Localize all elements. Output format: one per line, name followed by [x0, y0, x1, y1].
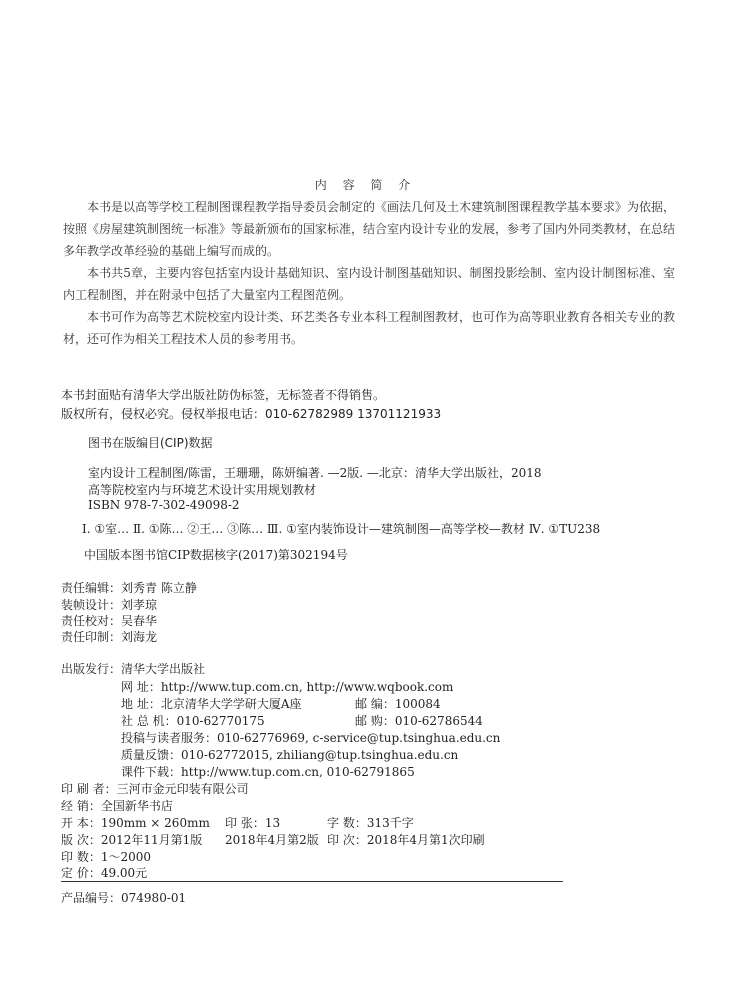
- edition: 版 次：2012年11月第1版: [61, 831, 202, 848]
- cip-classification: Ⅰ. ①室… Ⅱ. ①陈… ②王… ③陈… Ⅲ. ①室内装饰设计—建筑制图—高等…: [82, 520, 600, 537]
- price: 定 价：49.00元: [61, 864, 147, 881]
- publisher-postcode: 邮 编：100084: [355, 695, 441, 712]
- distributor: 经 销：全国新华书店: [61, 797, 173, 814]
- website-link[interactable]: http://www.tup.com.cn, http://www.wqbook…: [161, 680, 454, 694]
- summary-body: 本书是以高等学校工程制图课程教学指导委员会制定的《画法几何及土木建筑制图课程教学…: [63, 196, 675, 350]
- edition-second: 2018年4月第2版: [225, 831, 319, 848]
- staff-proofreader: 责任校对：吴春华: [61, 612, 157, 629]
- anti-counterfeit-notice: 本书封面贴有清华大学出版社防伪标签，无标签者不得销售。: [61, 386, 385, 403]
- cip-heading: 图书在版编目(CIP)数据: [88, 434, 213, 451]
- publisher-switchboard: 社 总 机：010-62770175: [121, 712, 265, 729]
- printed-sheets: 印 张：13: [225, 814, 280, 831]
- publisher-address: 地 址：北京清华大学学研大厦A座: [121, 695, 302, 712]
- publisher-quality-feedback: 质量反馈：010-62772015, zhiliang@tup.tsinghua…: [121, 746, 458, 763]
- word-count: 字 数：313千字: [327, 814, 414, 831]
- cip-entry: 室内设计工程制图/陈雷，王珊珊，陈妍编著. —2版. —北京：清华大学出版社，2…: [88, 464, 541, 481]
- book-format: 开 本：190mm × 260mm: [61, 814, 210, 831]
- print-run: 印 数：1～2000: [61, 848, 151, 865]
- product-code: 产品编号：074980-01: [61, 889, 186, 906]
- copyright-notice: 版权所有，侵权必究。侵权举报电话：010-62782989 1370112193…: [61, 405, 441, 422]
- summary-paragraph: 本书可作为高等艺术院校室内设计类、环艺类各专业本科工程制图教材，也可作为高等职业…: [63, 306, 675, 350]
- staff-designer: 装帧设计：刘孝琼: [61, 596, 157, 613]
- publisher-name: 出版发行：清华大学出版社: [61, 660, 205, 677]
- publisher-reader-service: 投稿与读者服务：010-62776969, c-service@tup.tsin…: [121, 729, 500, 746]
- publisher-mail-order: 邮 购：010-62786544: [355, 712, 483, 729]
- staff-editor: 责任编辑：刘秀青 陈立静: [61, 579, 197, 596]
- publisher-courseware-download: 课件下载：http://www.tup.com.cn, 010-62791865: [121, 763, 415, 780]
- impression: 印 次：2018年4月第1次印刷: [327, 831, 485, 848]
- summary-paragraph: 本书共5章，主要内容包括室内设计基础知识、室内设计制图基础知识、制图投影绘制、室…: [63, 262, 675, 306]
- publisher-website: 网 址：http://www.tup.com.cn, http://www.wq…: [121, 678, 453, 695]
- printer: 印 刷 者：三河市金元印装有限公司: [61, 780, 249, 797]
- summary-title: 内 容 简 介: [0, 176, 731, 193]
- divider-line: [61, 881, 563, 882]
- cip-series: 高等院校室内与环境艺术设计实用规划教材: [88, 481, 316, 498]
- cip-isbn: ISBN 978-7-302-49098-2: [88, 498, 240, 512]
- summary-paragraph: 本书是以高等学校工程制图课程教学指导委员会制定的《画法几何及土木建筑制图课程教学…: [63, 196, 675, 262]
- staff-print-supervisor: 责任印制：刘海龙: [61, 628, 157, 645]
- cip-verification: 中国版本图书馆CIP数据核字(2017)第302194号: [84, 546, 348, 563]
